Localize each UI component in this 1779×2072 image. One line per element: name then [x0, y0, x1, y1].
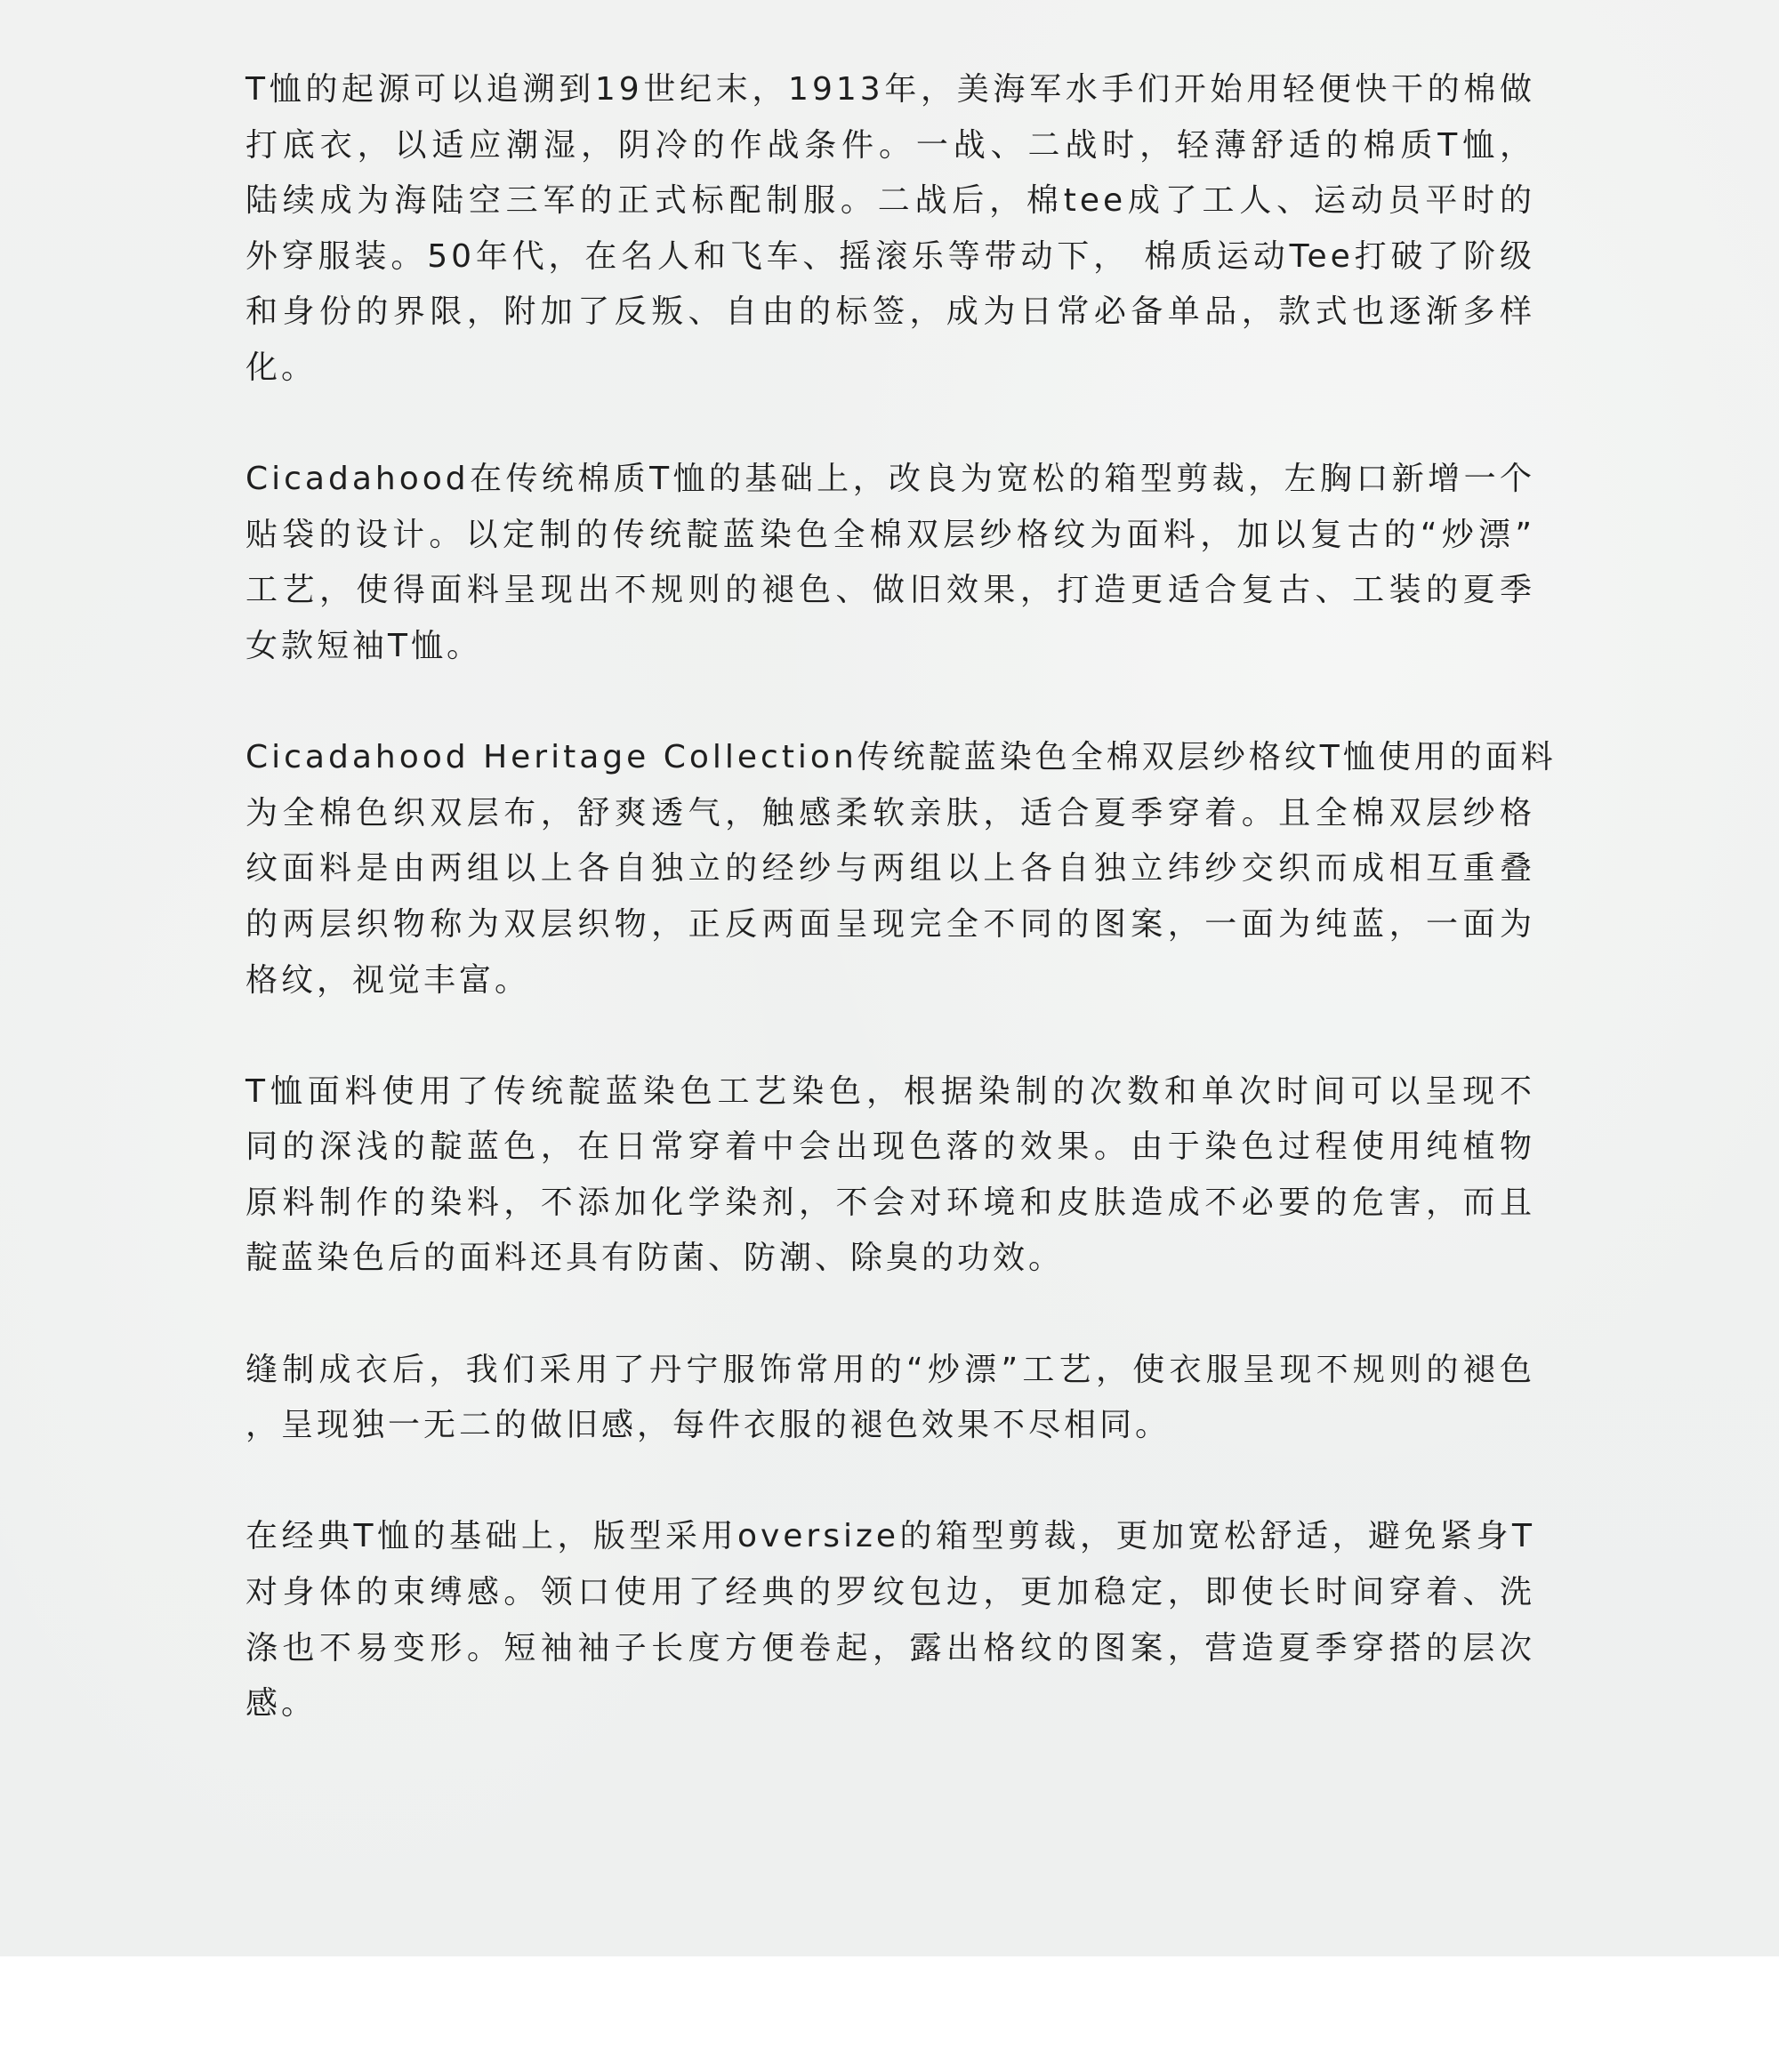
paragraph-fabric: Cicadahood Heritage Collection传统靛蓝染色全棉双层… [246, 730, 1535, 1008]
product-description-article: T恤的起源可以追溯到19世纪末，1913年，美海军水手们开始用轻便快干的棉做 打… [246, 62, 1535, 1787]
text-line: 缝制成衣后，我们采用了丹宁服饰常用的“炒漂”工艺，使衣服呈现不规则的褪色 [246, 1343, 1535, 1399]
text-line: 格纹，视觉丰富。 [246, 953, 1535, 1009]
text-line: 陆续成为海陆空三军的正式标配制服。二战后，棉tee成了工人、运动员平时的 [246, 173, 1535, 229]
text-line: 同的深浅的靛蓝色，在日常穿着中会出现色落的效果。由于染色过程使用纯植物 [246, 1120, 1535, 1176]
content-panel: T恤的起源可以追溯到19世纪末，1913年，美海军水手们开始用轻便快干的棉做 打… [0, 0, 1779, 1956]
text-line: 涤也不易变形。短袖袖子长度方便卷起，露出格纹的图案，营造夏季穿搭的层次 [246, 1621, 1535, 1677]
text-line: 女款短袖T恤。 [246, 619, 1535, 675]
text-line: ，呈现独一无二的做旧感，每件衣服的褪色效果不尽相同。 [246, 1398, 1535, 1454]
text-line: 靛蓝染色后的面料还具有防菌、防潮、除臭的功效。 [246, 1231, 1535, 1287]
text-line: 在经典T恤的基础上，版型采用oversize的箱型剪裁，更加宽松舒适，避免紧身T [246, 1509, 1535, 1565]
paragraph-tshirt-origin: T恤的起源可以追溯到19世纪末，1913年，美海军水手们开始用轻便快干的棉做 打… [246, 62, 1535, 397]
text-line: 感。 [246, 1676, 1535, 1732]
text-line: T恤的起源可以追溯到19世纪末，1913年，美海军水手们开始用轻便快干的棉做 [246, 62, 1535, 118]
text-line: Cicadahood在传统棉质T恤的基础上，改良为宽松的箱型剪裁，左胸口新增一个 [246, 452, 1535, 508]
paragraph-design-improvement: Cicadahood在传统棉质T恤的基础上，改良为宽松的箱型剪裁，左胸口新增一个… [246, 452, 1535, 674]
text-line: T恤面料使用了传统靛蓝染色工艺染色，根据染制的次数和单次时间可以呈现不 [246, 1064, 1535, 1120]
text-line: 化。 [246, 341, 1535, 397]
page-bottom-whitespace [0, 1956, 1779, 2072]
text-line: 纹面料是由两组以上各自独立的经纱与两组以上各自独立纬纱交织而成相互重叠 [246, 841, 1535, 897]
paragraph-fit-details: 在经典T恤的基础上，版型采用oversize的箱型剪裁，更加宽松舒适，避免紧身T… [246, 1509, 1535, 1731]
text-line: Cicadahood Heritage Collection传统靛蓝染色全棉双层… [246, 730, 1535, 786]
text-line: 的两层织物称为双层织物，正反两面呈现完全不同的图案，一面为纯蓝，一面为 [246, 897, 1535, 953]
text-line: 贴袋的设计。以定制的传统靛蓝染色全棉双层纱格纹为面料，加以复古的“炒漂” [246, 508, 1535, 564]
text-line: 外穿服装。50年代，在名人和飞车、摇滚乐等带动下， 棉质运动Tee打破了阶级 [246, 229, 1535, 285]
paragraph-indigo-dyeing: T恤面料使用了传统靛蓝染色工艺染色，根据染制的次数和单次时间可以呈现不 同的深浅… [246, 1064, 1535, 1287]
paragraph-washing-process: 缝制成衣后，我们采用了丹宁服饰常用的“炒漂”工艺，使衣服呈现不规则的褪色 ，呈现… [246, 1343, 1535, 1454]
text-line: 和身份的界限，附加了反叛、自由的标签，成为日常必备单品，款式也逐渐多样 [246, 285, 1535, 341]
text-line: 打底衣，以适应潮湿，阴冷的作战条件。一战、二战时，轻薄舒适的棉质T恤， [246, 118, 1535, 174]
text-line: 对身体的束缚感。领口使用了经典的罗纹包边，更加稳定，即使长时间穿着、洗 [246, 1565, 1535, 1621]
text-line: 为全棉色织双层布，舒爽透气，触感柔软亲肤，适合夏季穿着。且全棉双层纱格 [246, 786, 1535, 842]
text-line: 工艺，使得面料呈现出不规则的褪色、做旧效果，打造更适合复古、工装的夏季 [246, 563, 1535, 619]
text-line: 原料制作的染料，不添加化学染剂，不会对环境和皮肤造成不必要的危害，而且 [246, 1176, 1535, 1232]
